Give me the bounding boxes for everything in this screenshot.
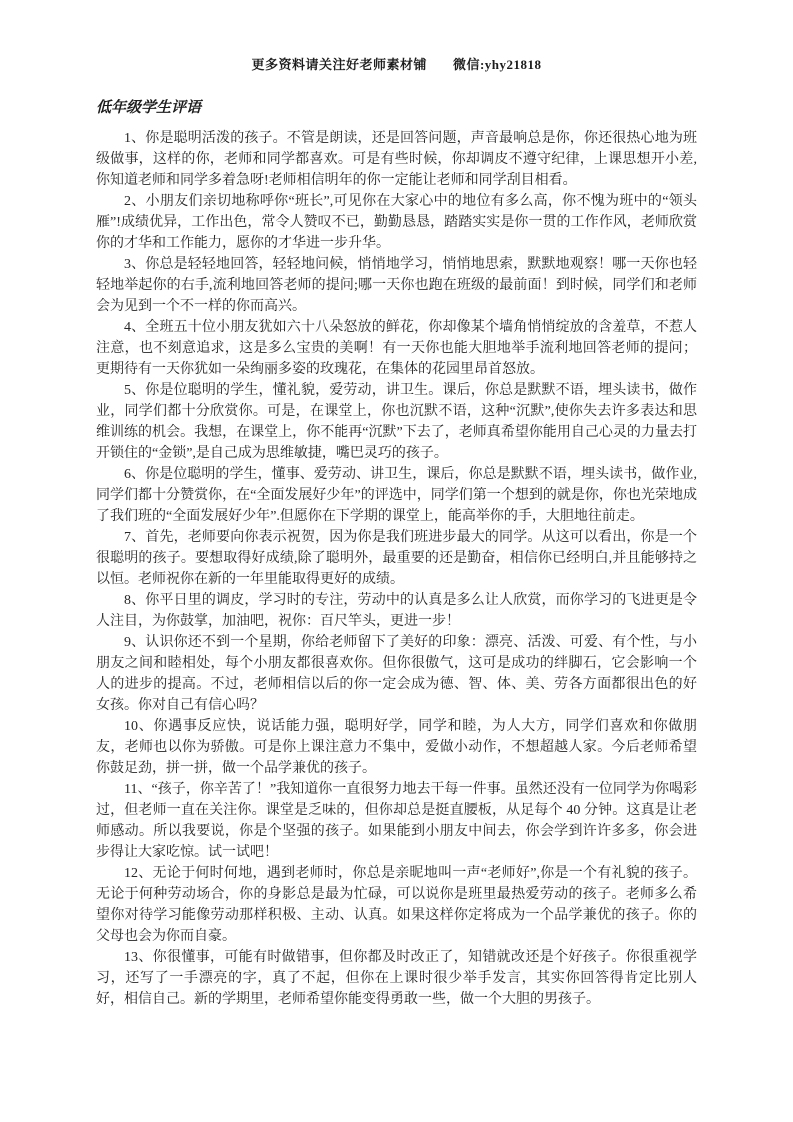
document-page: 更多资料请关注好老师素材铺微信:yhy21818 低年级学生评语 1、你是聪明活… xyxy=(0,0,793,1122)
paragraph: 8、你平日里的调皮，学习时的专注，劳动中的认真是多么让人欣赏，而你学习的飞进更是… xyxy=(96,590,697,632)
paragraph: 4、全班五十位小朋友犹如六十八朵怒放的鲜花，你却像某个墙角悄悄绽放的含羞草，不惹… xyxy=(96,317,697,380)
paragraph: 12、无论于何时何地，遇到老师时，你总是亲昵地叫一声“老师好”,你是一个有礼貌的… xyxy=(96,863,697,947)
paragraph: 1、你是聪明活泼的孩子。不管是朗读，还是回答问题，声音最响总是你，你还很热心地为… xyxy=(96,128,697,191)
paragraph: 5、你是位聪明的学生，懂礼貌，爱劳动，讲卫生。课后，你总是默默不语，埋头读书，做… xyxy=(96,380,697,464)
paragraph: 10、你遇事反应快，说话能力强，聪明好学，同学和睦，为人大方，同学们喜欢和你做朋… xyxy=(96,716,697,779)
document-body: 低年级学生评语 1、你是聪明活泼的孩子。不管是朗读，还是回答问题，声音最响总是你… xyxy=(96,98,697,1010)
page-header: 更多资料请关注好老师素材铺微信:yhy21818 xyxy=(0,0,793,73)
paragraph: 7、首先，老师要向你表示祝贺，因为你是我们班进步最大的同学。从这可以看出，你是一… xyxy=(96,527,697,590)
paragraph: 3、你总是轻轻地回答，轻轻地问候，悄悄地学习，悄悄地思索，默默地观察！哪一天你也… xyxy=(96,254,697,317)
paragraph: 11、“孩子，你辛苦了！”我知道你一直很努力地去干每一件事。虽然还没有一位同学为… xyxy=(96,779,697,863)
header-wechat-text: 微信:yhy21818 xyxy=(453,54,542,73)
paragraph: 13、你很懂事，可能有时做错事，但你都及时改正了，知错就改还是个好孩子。你很重视… xyxy=(96,947,697,1010)
document-title: 低年级学生评语 xyxy=(96,98,697,119)
paragraph: 6、你是位聪明的学生，懂事、爱劳动、讲卫生，课后，你总是默默不语，埋头读书，做作… xyxy=(96,464,697,527)
paragraph: 2、小朋友们亲切地称呼你“班长”,可见你在大家心中的地位有多么高，你不愧为班中的… xyxy=(96,191,697,254)
header-source-text: 更多资料请关注好老师素材铺 xyxy=(251,57,427,72)
paragraph: 9、认识你还不到一个星期，你给老师留下了美好的印象：漂亮、活泼、可爱、有个性，与… xyxy=(96,632,697,716)
